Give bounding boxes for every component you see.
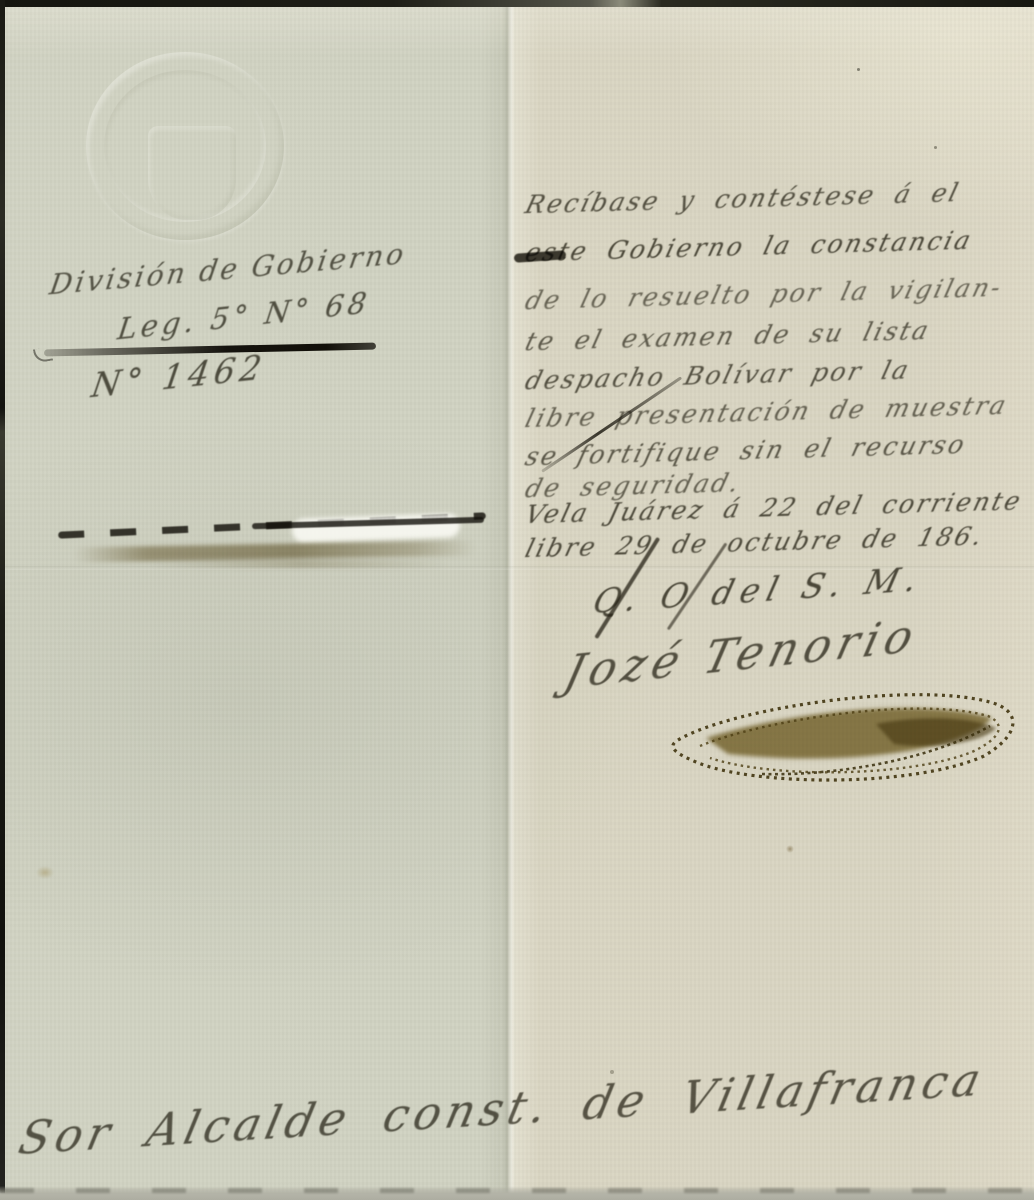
ink-speck [934, 146, 937, 149]
registry-line-number: N° 1462 [89, 347, 269, 405]
body-line: despacho Bolívar por la [522, 355, 914, 395]
scan-edge-top [0, 0, 1034, 7]
ink-speck [610, 1070, 614, 1074]
smudge-brown-smear-faint [150, 560, 450, 568]
registry-line-legajo: Leg. 5° N° 68 [116, 285, 373, 346]
body-line: Recíbase y contéstese á el [522, 178, 963, 219]
embossed-seal-shield [148, 126, 236, 220]
ink-speck [857, 68, 860, 71]
body-line: te el examen de su lista [522, 316, 934, 357]
vertical-fold-crease [503, 0, 515, 1200]
body-line: este Gobierno la constancia [522, 225, 976, 267]
scan-edge-left [0, 0, 5, 1200]
date-line: libre 29 de octubre de 186. [522, 521, 987, 563]
body-line: libre presentación de muestra [522, 390, 1011, 433]
paper-stain [36, 866, 54, 879]
scan-edge-bottom-shadow [0, 1188, 1034, 1193]
body-line: de lo resuelto por la vigilan- [522, 273, 1006, 316]
ink-rubric-flourish [666, 676, 1026, 796]
manuscript-page: División de Gobierno Leg. 5° N° 68 N° 14… [0, 0, 1034, 1200]
paper-stain [786, 845, 794, 853]
body-line: se fortifique sin el recurso [522, 430, 970, 472]
